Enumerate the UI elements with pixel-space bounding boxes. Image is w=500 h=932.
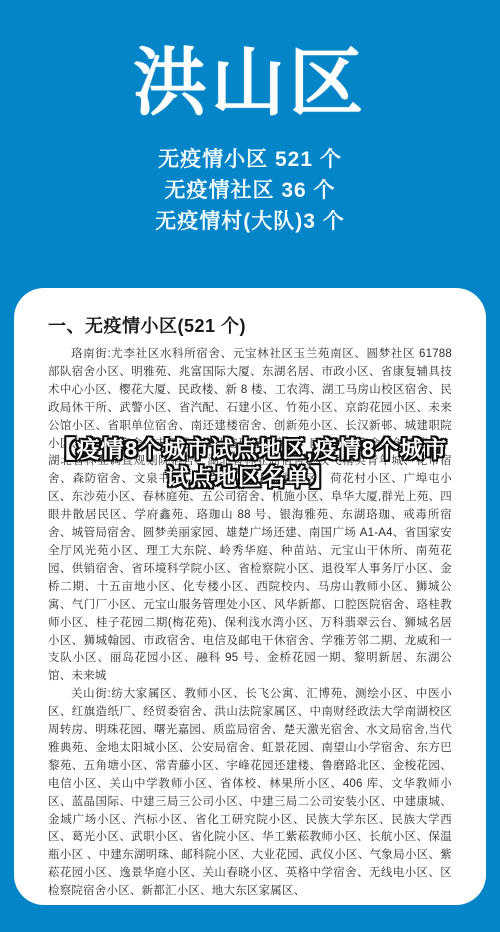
- epidemic-free-poster: 洪山区 无疫情小区 521 个 无疫情社区 36 个 无疫情村(大队)3 个 一…: [0, 0, 500, 932]
- stat-villages-count: 无疫情村(大队)3 个: [0, 206, 500, 237]
- paragraph-guanshan-street: 关山街:纺大家属区、教师小区、长飞公寓、汇博苑、测绘小区、中医小区、红旗造纸厂、…: [48, 686, 452, 901]
- stat-communities-count: 无疫情小区 521 个: [0, 144, 500, 175]
- poster-header: 洪山区 无疫情小区 521 个 无疫情社区 36 个 无疫情村(大队)3 个: [0, 46, 500, 237]
- section-title: 一、无疫情小区(521 个): [48, 312, 452, 338]
- stats-block: 无疫情小区 521 个 无疫情社区 36 个 无疫情村(大队)3 个: [0, 144, 500, 237]
- stat-neighborhoods-count: 无疫情社区 36 个: [0, 175, 500, 206]
- paragraph-luonan-street: 珞南街:尤李社区水科所宿舍、元宝林社区玉兰苑南区、圆梦社区 61788 部队宿舍…: [48, 346, 452, 686]
- district-title: 洪山区: [0, 46, 500, 120]
- content-card: 一、无疫情小区(521 个) 珞南街:尤李社区水科所宿舍、元宝林社区玉兰苑南区、…: [14, 288, 486, 905]
